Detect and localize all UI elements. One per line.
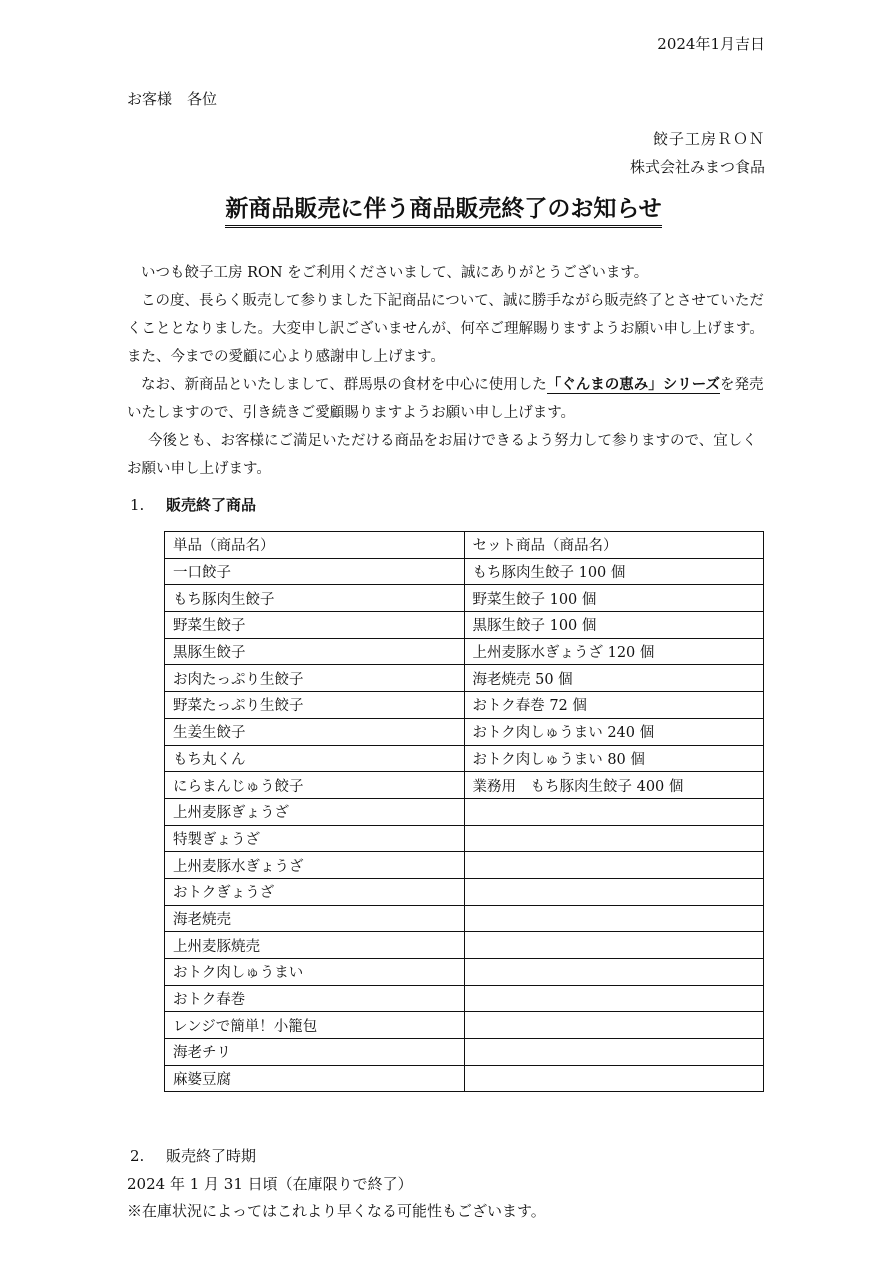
- table-row: 野菜たっぷり生餃子おトク春巻 72 個: [165, 692, 764, 719]
- single-item-cell: 黒豚生餃子: [165, 638, 465, 665]
- single-item-cell: 野菜生餃子: [165, 612, 465, 639]
- table-row: 一口餃子もち豚肉生餃子 100 個: [165, 558, 764, 585]
- table-row: 麻婆豆腐: [165, 1065, 764, 1092]
- set-item-cell: 業務用 もち豚肉生餃子 400 個: [464, 772, 764, 799]
- table-row: 特製ぎょうざ: [165, 825, 764, 852]
- table-row: 野菜生餃子黒豚生餃子 100 個: [165, 612, 764, 639]
- single-item-cell: 上州麦豚ぎょうざ: [165, 798, 465, 825]
- closing-paragraph: 今後とも、お客様にご満足いただける商品をお届けできるよう努力して参りますので、宜…: [127, 427, 767, 483]
- table-row: 海老焼売: [165, 905, 764, 932]
- table-row: もち豚肉生餃子野菜生餃子 100 個: [165, 585, 764, 612]
- single-item-cell: 上州麦豚水ぎょうざ: [165, 852, 465, 879]
- end-date-text: 2024 年 1 月 31 日頃（在庫限りで終了）: [127, 1173, 413, 1194]
- table-row: 海老チリ: [165, 1039, 764, 1066]
- set-item-cell: [464, 959, 764, 986]
- table-header-row: 単品（商品名） セット商品（商品名）: [165, 532, 764, 559]
- new-series-name: 「ぐんまの恵み」シリーズ: [547, 376, 720, 394]
- section1-heading: 1.販売終了商品: [130, 494, 256, 515]
- section2-number: 2.: [130, 1147, 166, 1165]
- section2-title: 販売終了時期: [166, 1147, 256, 1165]
- section2-heading: 2.販売終了時期: [130, 1145, 256, 1166]
- set-item-cell: もち豚肉生餃子 100 個: [464, 558, 764, 585]
- table-row: にらまんじゅう餃子業務用 もち豚肉生餃子 400 個: [165, 772, 764, 799]
- set-item-cell: [464, 798, 764, 825]
- single-item-cell: 海老焼売: [165, 905, 465, 932]
- single-item-cell: おトク春巻: [165, 985, 465, 1012]
- set-item-cell: おトク春巻 72 個: [464, 692, 764, 719]
- set-item-cell: 海老焼売 50 個: [464, 665, 764, 692]
- single-item-cell: おトクぎょうざ: [165, 878, 465, 905]
- single-item-cell: 一口餃子: [165, 558, 465, 585]
- table-row: 上州麦豚ぎょうざ: [165, 798, 764, 825]
- single-item-cell: 野菜たっぷり生餃子: [165, 692, 465, 719]
- section1-title: 販売終了商品: [166, 496, 256, 514]
- header-set-item: セット商品（商品名）: [464, 532, 764, 559]
- set-item-cell: [464, 1065, 764, 1092]
- set-item-cell: おトク肉しゅうまい 80 個: [464, 745, 764, 772]
- table-row: おトク肉しゅうまい: [165, 959, 764, 986]
- greeting-text: いつも餃子工房 RON をご利用くださいまして、誠にありがとうございます。: [127, 265, 648, 281]
- announcement-paragraph: この度、長らく販売して参りました下記商品について、誠に勝手ながら販売終了とさせて…: [127, 287, 767, 371]
- section1-number: 1.: [130, 496, 166, 514]
- single-item-cell: 生姜生餃子: [165, 718, 465, 745]
- set-item-cell: [464, 1039, 764, 1066]
- set-item-cell: おトク肉しゅうまい 240 個: [464, 718, 764, 745]
- greeting-paragraph: いつも餃子工房 RON をご利用くださいまして、誠にありがとうございます。: [127, 259, 767, 287]
- single-item-cell: 上州麦豚焼売: [165, 932, 465, 959]
- single-item-cell: 特製ぎょうざ: [165, 825, 465, 852]
- single-item-cell: レンジで簡単！小籠包: [165, 1012, 465, 1039]
- table-row: 上州麦豚焼売: [165, 932, 764, 959]
- set-item-cell: [464, 932, 764, 959]
- single-item-cell: もち豚肉生餃子: [165, 585, 465, 612]
- discontinued-products-table: 単品（商品名） セット商品（商品名） 一口餃子もち豚肉生餃子 100 個もち豚肉…: [164, 531, 764, 1092]
- single-item-cell: もち丸くん: [165, 745, 465, 772]
- new-product-text-before: なお、新商品といたしまして、群馬県の食材を中心に使用した: [141, 377, 547, 393]
- single-item-cell: にらまんじゅう餃子: [165, 772, 465, 799]
- table-row: おトク春巻: [165, 985, 764, 1012]
- set-item-cell: [464, 852, 764, 879]
- set-item-cell: [464, 905, 764, 932]
- set-item-cell: 上州麦豚水ぎょうざ 120 個: [464, 638, 764, 665]
- closing-text: 今後とも、お客様にご満足いただける商品をお届けできるよう努力して参りますので、宜…: [127, 433, 757, 477]
- issue-date: 2024年1月吉日: [657, 33, 765, 54]
- single-item-cell: おトク肉しゅうまい: [165, 959, 465, 986]
- table-row: レンジで簡単！小籠包: [165, 1012, 764, 1039]
- sender-shop-name: 餃子工房ＲＯＮ: [653, 128, 765, 149]
- single-item-cell: お肉たっぷり生餃子: [165, 665, 465, 692]
- table-row: お肉たっぷり生餃子海老焼売 50 個: [165, 665, 764, 692]
- document-title-container: 新商品販売に伴う商品販売終了のお知らせ: [0, 190, 887, 228]
- single-item-cell: 海老チリ: [165, 1039, 465, 1066]
- stock-note: ※在庫状況によってはこれより早くなる可能性もございます。: [127, 1200, 546, 1221]
- table-row: おトクぎょうざ: [165, 878, 764, 905]
- new-product-paragraph: なお、新商品といたしまして、群馬県の食材を中心に使用した「ぐんまの恵み」シリーズ…: [127, 371, 767, 427]
- set-item-cell: [464, 878, 764, 905]
- table-row: 黒豚生餃子上州麦豚水ぎょうざ 120 個: [165, 638, 764, 665]
- table-row: 上州麦豚水ぎょうざ: [165, 852, 764, 879]
- document-title: 新商品販売に伴う商品販売終了のお知らせ: [225, 190, 661, 228]
- set-item-cell: [464, 1012, 764, 1039]
- set-item-cell: 黒豚生餃子 100 個: [464, 612, 764, 639]
- announcement-text: この度、長らく販売して参りました下記商品について、誠に勝手ながら販売終了とさせて…: [127, 293, 764, 365]
- table-row: 生姜生餃子おトク肉しゅうまい 240 個: [165, 718, 764, 745]
- sender-company-name: 株式会社みまつ食品: [630, 156, 765, 177]
- single-item-cell: 麻婆豆腐: [165, 1065, 465, 1092]
- header-single-item: 単品（商品名）: [165, 532, 465, 559]
- addressee: お客様 各位: [127, 88, 217, 109]
- table-row: もち丸くんおトク肉しゅうまい 80 個: [165, 745, 764, 772]
- set-item-cell: [464, 985, 764, 1012]
- set-item-cell: [464, 825, 764, 852]
- set-item-cell: 野菜生餃子 100 個: [464, 585, 764, 612]
